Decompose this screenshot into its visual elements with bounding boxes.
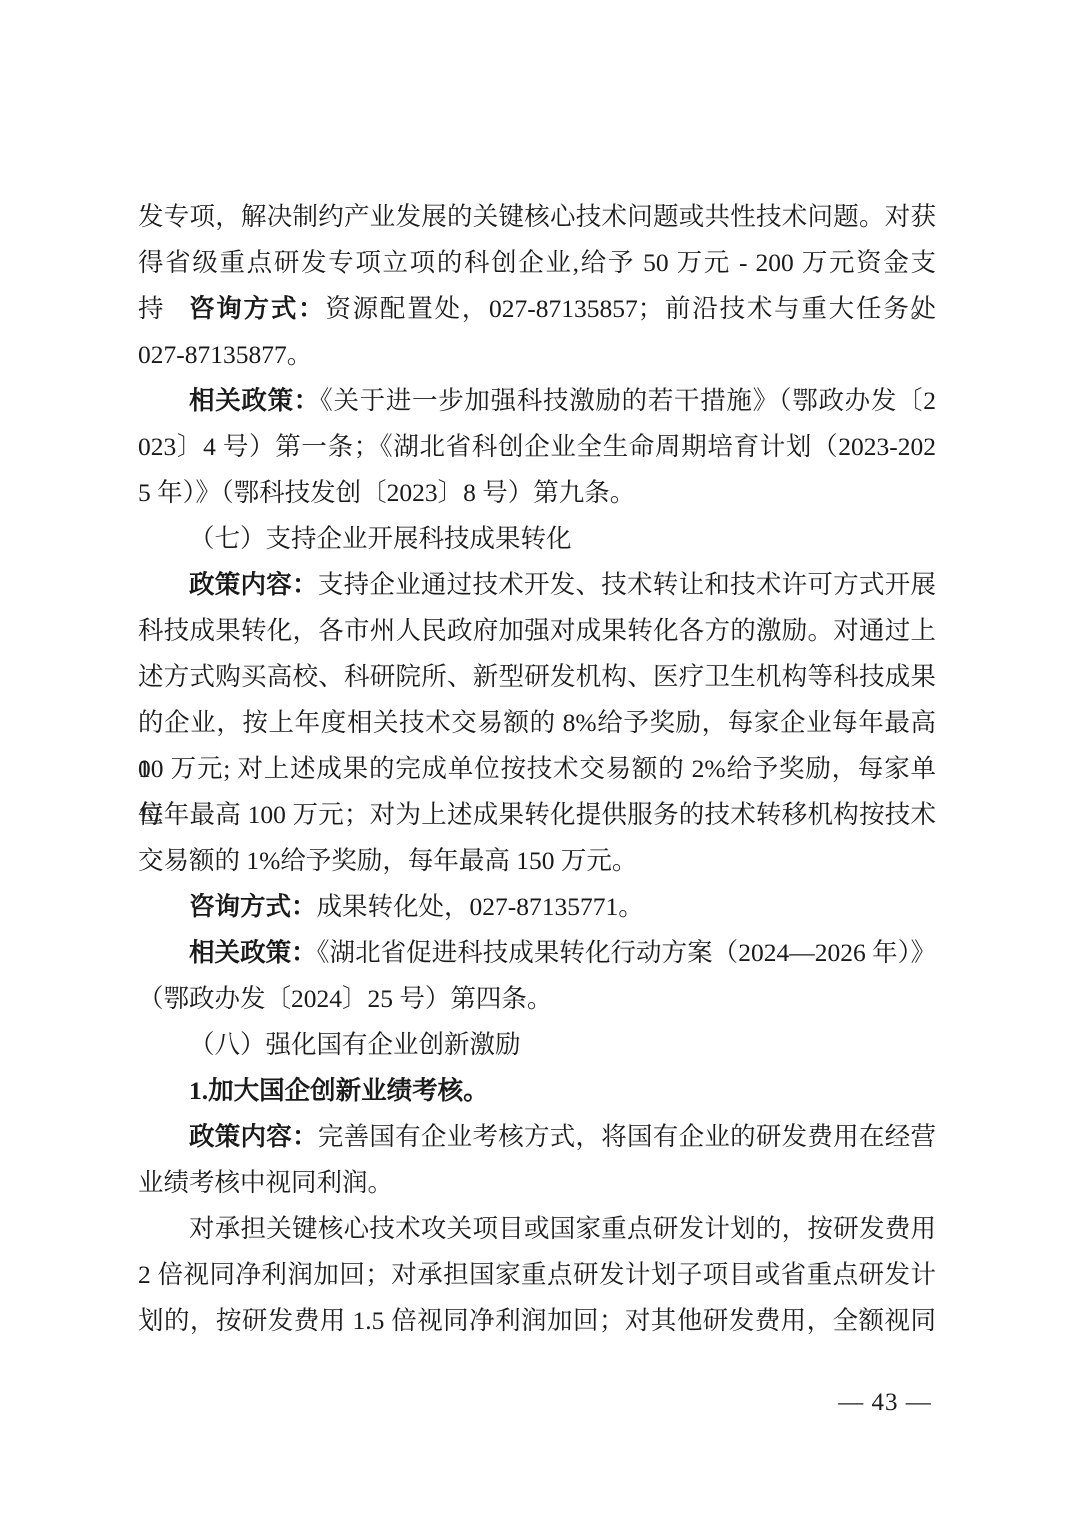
bold-label-segment: 政策内容： [189, 570, 318, 599]
text-segment: 2 倍视同净利润加回；对承担国家重点研发计划子项目或省重点研发计 [138, 1260, 936, 1289]
text-segment: 对承担关键核心技术攻关项目或国家重点研发计划的，按研发费用 [189, 1214, 936, 1243]
text-segment: （七）支持企业开展科技成果转化 [189, 524, 572, 553]
bold-label-segment: 相关政策： [189, 386, 320, 415]
text-segment: 027-87135877。 [138, 340, 312, 369]
text-segment: 023〕4 号）第一条；《湖北省科创企业全生命周期培育计划（2023-202 [138, 432, 936, 461]
text-line: 相关政策：《关于进一步加强科技激励的若干措施》（鄂政办发〔2 [138, 378, 936, 424]
text-segment: 业绩考核中视同利润。 [138, 1168, 393, 1197]
page-number: — 43 — [838, 1389, 932, 1416]
text-segment: 划的，按研发费用 1.5 倍视同净利润加回；对其他研发费用，全额视同 [138, 1306, 936, 1335]
text-line: 相关政策：《湖北省促进科技成果转化行动方案（2024—2026 年）》 [138, 930, 936, 976]
text-segment: （八）强化国有企业创新激励 [189, 1030, 521, 1059]
text-segment: 完善国有企业考核方式，将国有企业的研发费用在经营 [318, 1122, 936, 1151]
text-line: 00 万元; 对上述成果的完成单位按技术交易额的 2%给予奖励，每家单位 [138, 746, 936, 792]
text-line: 咨询方式：资源配置处，027-87135857；前沿技术与重大任务处 [138, 286, 936, 332]
text-segment: 述方式购买高校、科研院所、新型研发机构、医疗卫生机构等科技成果 [138, 662, 936, 691]
text-line: 027-87135877。 [138, 332, 936, 378]
text-line: 政策内容：支持企业通过技术开发、技术转让和技术许可方式开展 [138, 562, 936, 608]
text-segment: 成果转化处，027-87135771。 [317, 892, 644, 921]
text-line: 的企业，按上年度相关技术交易额的 8%给予奖励，每家企业每年最高 1 [138, 700, 936, 746]
bold-label-segment: 咨询方式： [189, 892, 317, 921]
text-segment: 发专项，解决制约产业发展的关键核心技术问题或共性技术问题。对获 [138, 202, 936, 231]
bold-label-segment: 1.加大国企创新业绩考核。 [189, 1076, 489, 1105]
text-segment: 交易额的 1%给予奖励，每年最高 150 万元。 [138, 846, 637, 875]
text-segment: 资源配置处，027-87135857；前沿技术与重大任务处 [325, 294, 936, 323]
text-line: 述方式购买高校、科研院所、新型研发机构、医疗卫生机构等科技成果 [138, 654, 936, 700]
section-heading-line: （七）支持企业开展科技成果转化 [138, 516, 936, 562]
text-line: 政策内容：完善国有企业考核方式，将国有企业的研发费用在经营 [138, 1114, 936, 1160]
text-line: 023〕4 号）第一条；《湖北省科创企业全生命周期培育计划（2023-202 [138, 424, 936, 470]
text-line: 交易额的 1%给予奖励，每年最高 150 万元。 [138, 838, 936, 884]
document-page: 发专项，解决制约产业发展的关键核心技术问题或共性技术问题。对获得省级重点研发专项… [0, 0, 1074, 1520]
text-line: 咨询方式：成果转化处，027-87135771。 [138, 884, 936, 930]
page-number-footer: — 43 — [830, 1388, 940, 1418]
text-segment: 每年最高 100 万元；对为上述成果转化提供服务的技术转移机构按技术 [138, 800, 936, 829]
text-segment: 科技成果转化，各市州人民政府加强对成果转化各方的激励。对通过上 [138, 616, 936, 645]
text-line: 5 年）》（鄂科技发创〔2023〕8 号）第九条。 [138, 470, 936, 516]
section-heading-line: （八）强化国有企业创新激励 [138, 1022, 936, 1068]
bold-label-segment: 相关政策： [189, 938, 317, 967]
text-segment: （鄂政办发〔2024〕25 号）第四条。 [138, 984, 552, 1013]
text-line: 业绩考核中视同利润。 [138, 1160, 936, 1206]
document-body: 发专项，解决制约产业发展的关键核心技术问题或共性技术问题。对获得省级重点研发专项… [138, 194, 936, 1344]
text-segment: 《关于进一步加强科技激励的若干措施》（鄂政办发〔2 [320, 386, 936, 415]
text-line: 1.加大国企创新业绩考核。 [138, 1068, 936, 1114]
text-segment: 5 年）》（鄂科技发创〔2023〕8 号）第九条。 [138, 478, 635, 507]
text-line: 划的，按研发费用 1.5 倍视同净利润加回；对其他研发费用，全额视同 [138, 1298, 936, 1344]
text-line: 得省级重点研发专项立项的科创企业,给予 50 万元 - 200 万元资金支持。 [138, 240, 936, 286]
text-segment: 支持企业通过技术开发、技术转让和技术许可方式开展 [318, 570, 936, 599]
bold-label-segment: 政策内容： [189, 1122, 318, 1151]
text-segment: 《湖北省促进科技成果转化行动方案（2024—2026 年）》 [317, 938, 936, 967]
text-line: （鄂政办发〔2024〕25 号）第四条。 [138, 976, 936, 1022]
bold-label-segment: 咨询方式： [189, 294, 325, 323]
text-line: 每年最高 100 万元；对为上述成果转化提供服务的技术转移机构按技术 [138, 792, 936, 838]
text-line: 2 倍视同净利润加回；对承担国家重点研发计划子项目或省重点研发计 [138, 1252, 936, 1298]
text-line: 发专项，解决制约产业发展的关键核心技术问题或共性技术问题。对获 [138, 194, 936, 240]
text-line: 科技成果转化，各市州人民政府加强对成果转化各方的激励。对通过上 [138, 608, 936, 654]
text-line: 对承担关键核心技术攻关项目或国家重点研发计划的，按研发费用 [138, 1206, 936, 1252]
